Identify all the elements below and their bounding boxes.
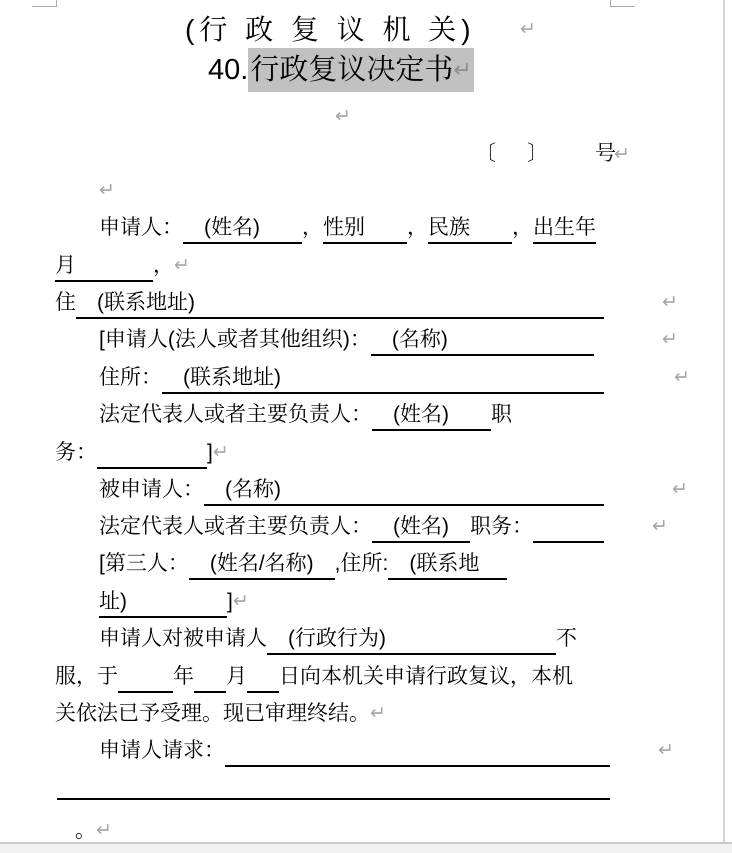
respondent-line[interactable]: 被申请人： (名称) [99, 476, 604, 504]
title-highlighted-text: 行政复议决定书↵ [248, 48, 473, 92]
blank-underline [281, 364, 604, 394]
birth-month-line[interactable]: 月 ，↵ [55, 252, 190, 280]
top-left-margin-mark [32, 6, 57, 7]
name-blank: (姓名) [183, 214, 302, 244]
applicant-line[interactable]: 申请人： (姓名) ，性别 ，民族 ，出生年 [99, 214, 596, 242]
pilcrow-icon: ↵ [96, 817, 112, 845]
org-address-label: 住所： [99, 364, 162, 392]
pilcrow-icon: ↵ [370, 700, 386, 728]
respondent-label: 被申请人： [99, 476, 204, 504]
blank-underline [118, 252, 153, 282]
blank-underline [479, 550, 507, 580]
administrative-act-line[interactable]: 申请人对被申请人 (行政行为)不 [99, 625, 577, 653]
act-label-end: 不 [556, 625, 577, 653]
legal-rep-name-blank: (姓名) [372, 401, 491, 431]
act-blank: (行政行为) [267, 625, 386, 655]
top-left-margin-mark-vertical [56, 0, 57, 7]
title-text: 行政复议决定书 [250, 48, 453, 92]
pilcrow-icon: ↵ [614, 141, 630, 169]
docno-bracket-close[interactable]: 〕 [527, 140, 548, 168]
pilcrow-icon: ↵ [658, 737, 674, 765]
residence-line[interactable]: 住 (联系地址) [55, 289, 604, 317]
pilcrow-icon: ↵ [99, 177, 115, 205]
third-party-address-blank: (联系地 [388, 550, 479, 580]
period-line[interactable]: 。↵ [75, 817, 112, 845]
blank-underline [127, 588, 227, 618]
blank-underline [57, 770, 610, 800]
date-label-start: 服，于 [55, 663, 118, 691]
org-address-blank: (联系地址) [162, 364, 281, 394]
pilcrow-icon: ↵ [453, 48, 471, 92]
org-header-line[interactable]: (行 政 复 议 机 关) [185, 13, 476, 47]
acceptance-text: 关依法已予受理。现已审理终结。 [55, 700, 370, 728]
respondent-legal-rep-line[interactable]: 法定代表人或者主要负责人： (姓名) 职务： [99, 513, 604, 541]
gender-blank: 性别 [323, 214, 407, 244]
pilcrow-icon: ↵ [213, 439, 229, 467]
pilcrow-icon: ↵ [674, 364, 690, 392]
residence-label: 住 [55, 289, 76, 317]
comma: ， [302, 214, 323, 242]
duty-label-start: 职 [491, 401, 512, 429]
blank-underline [386, 625, 556, 655]
acceptance-line[interactable]: 关依法已予受理。现已审理终结。↵ [55, 700, 386, 728]
docno-bracket-open[interactable]: 〔 [475, 140, 496, 168]
applicant-label: 申请人： [99, 214, 183, 242]
blank-underline [281, 476, 604, 506]
document-page[interactable]: (行 政 复 议 机 关) ↵ 40.行政复议决定书↵ ↵ 〔 〕 号 ↵ ↵ … [0, 0, 732, 853]
legal-rep-label: 法定代表人或者主要负责人： [99, 401, 372, 429]
top-right-margin-mark-vertical [610, 0, 611, 7]
blank-underline [195, 289, 604, 319]
blank-underline [533, 513, 604, 543]
comma: ， [512, 214, 533, 242]
third-party-name-blank: (姓名/名称) [189, 550, 335, 580]
docno-unit[interactable]: 号 [595, 140, 616, 168]
application-date-line[interactable]: 服，于年月日向本机关申请行政复议，本机 [55, 663, 573, 691]
blank-underline [118, 663, 173, 693]
request-line[interactable]: 申请人请求： [99, 737, 610, 765]
document-title-line[interactable]: 40.行政复议决定书↵ [208, 48, 474, 92]
duty-label-end: 务： [55, 439, 97, 467]
period-text: 。 [75, 817, 96, 845]
pilcrow-icon: ↵ [174, 252, 190, 280]
legal-rep-name-blank: (姓名) [372, 513, 470, 543]
third-party-address-line2[interactable]: 址)]↵ [99, 588, 249, 616]
top-right-margin-mark [610, 6, 635, 7]
title-number: 40. [208, 48, 248, 92]
month-label: 月 [226, 663, 247, 691]
request-continuation-line[interactable] [57, 770, 610, 798]
comma: ， [153, 252, 174, 280]
org-name-blank: (名称) [371, 326, 448, 356]
pilcrow-icon: ↵ [335, 103, 351, 131]
legal-rep-label: 法定代表人或者主要负责人： [99, 513, 372, 541]
comma: ， [407, 214, 428, 242]
duty-label: 职务： [470, 513, 533, 541]
org-applicant-line[interactable]: [申请人(法人或者其他组织)： (名称) [99, 326, 594, 354]
blank-underline [247, 663, 279, 693]
address-blank: (联系地址) [76, 289, 195, 319]
blank-underline [448, 326, 594, 356]
date-label-end: 日向本机关申请行政复议，本机 [279, 663, 573, 691]
org-applicant-label: [申请人(法人或者其他组织)： [99, 326, 371, 354]
ethnic-blank: 民族 [428, 214, 512, 244]
window-right-border [723, 0, 725, 843]
third-party-address-label: ,住所: [335, 550, 389, 578]
pilcrow-icon: ↵ [662, 289, 678, 317]
month-blank: 月 [55, 252, 118, 282]
blank-underline [97, 439, 207, 469]
pilcrow-icon: ↵ [672, 476, 688, 504]
duty-line[interactable]: 务：]↵ [55, 439, 229, 467]
pilcrow-icon: ↵ [520, 16, 536, 44]
birth-label: 出生年 [533, 214, 596, 244]
window-bottom-area [0, 844, 732, 853]
blank-underline [225, 737, 610, 767]
act-label: 申请人对被申请人 [99, 625, 267, 653]
pilcrow-icon: ↵ [233, 588, 249, 616]
respondent-name-blank: (名称) [204, 476, 281, 506]
address-continuation: 址) [99, 588, 127, 618]
third-party-line[interactable]: [第三人： (姓名/名称) ,住所: (联系地 [99, 550, 507, 578]
legal-rep-line[interactable]: 法定代表人或者主要负责人： (姓名) 职 [99, 401, 512, 429]
org-address-line[interactable]: 住所： (联系地址) [99, 364, 604, 392]
request-label: 申请人请求： [99, 737, 225, 765]
org-header-text: (行 政 复 议 机 关) [185, 14, 476, 45]
pilcrow-icon: ↵ [652, 513, 668, 541]
blank-underline [194, 663, 226, 693]
third-party-label: [第三人： [99, 550, 189, 578]
year-label: 年 [173, 663, 194, 691]
pilcrow-icon: ↵ [662, 326, 678, 354]
